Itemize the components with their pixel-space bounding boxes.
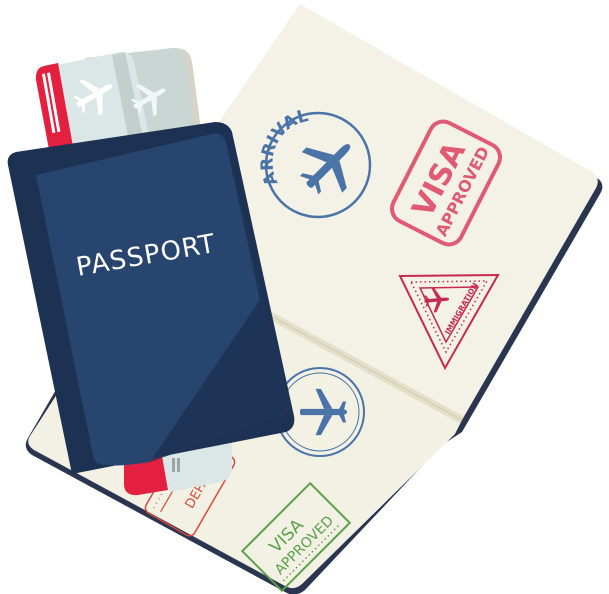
passport-illustration: ARRIVAL VISA APPROVED IMMIGRATION: [0, 0, 609, 594]
